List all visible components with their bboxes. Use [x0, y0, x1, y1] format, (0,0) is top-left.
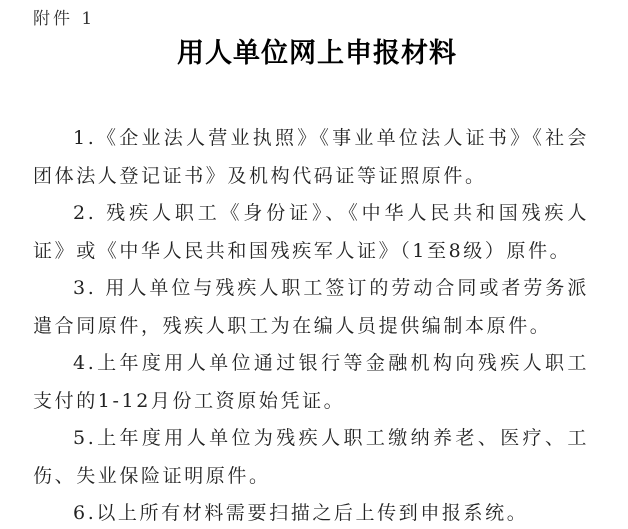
list-item-4: 4.上年度用人单位通过银行等金融机构向残疾人职工支付的1-12月份工资原始凭证。: [33, 345, 589, 420]
list-item-5: 5.上年度用人单位为残疾人职工缴纳养老、医疗、工伤、失业保险证明原件。: [33, 420, 589, 495]
list-item-3: 3. 用人单位与残疾人职工签订的劳动合同或者劳务派遣合同原件，残疾人职工为在编人…: [33, 270, 589, 345]
list-item-2: 2. 残疾人职工《身份证》、《中华人民共和国残疾人证》或《中华人民共和国残疾军人…: [33, 195, 589, 270]
list-item-1: 1.《企业法人营业执照》《事业单位法人证书》《社会团体法人登记证书》及机构代码证…: [33, 120, 589, 195]
materials-list: 1.《企业法人营业执照》《事业单位法人证书》《社会团体法人登记证书》及机构代码证…: [33, 120, 589, 529]
page-title: 用人单位网上申报材料: [0, 36, 628, 72]
attachment-label: 附件 1: [33, 8, 95, 30]
list-item-6: 6.以上所有材料需要扫描之后上传到申报系统。: [33, 495, 589, 529]
